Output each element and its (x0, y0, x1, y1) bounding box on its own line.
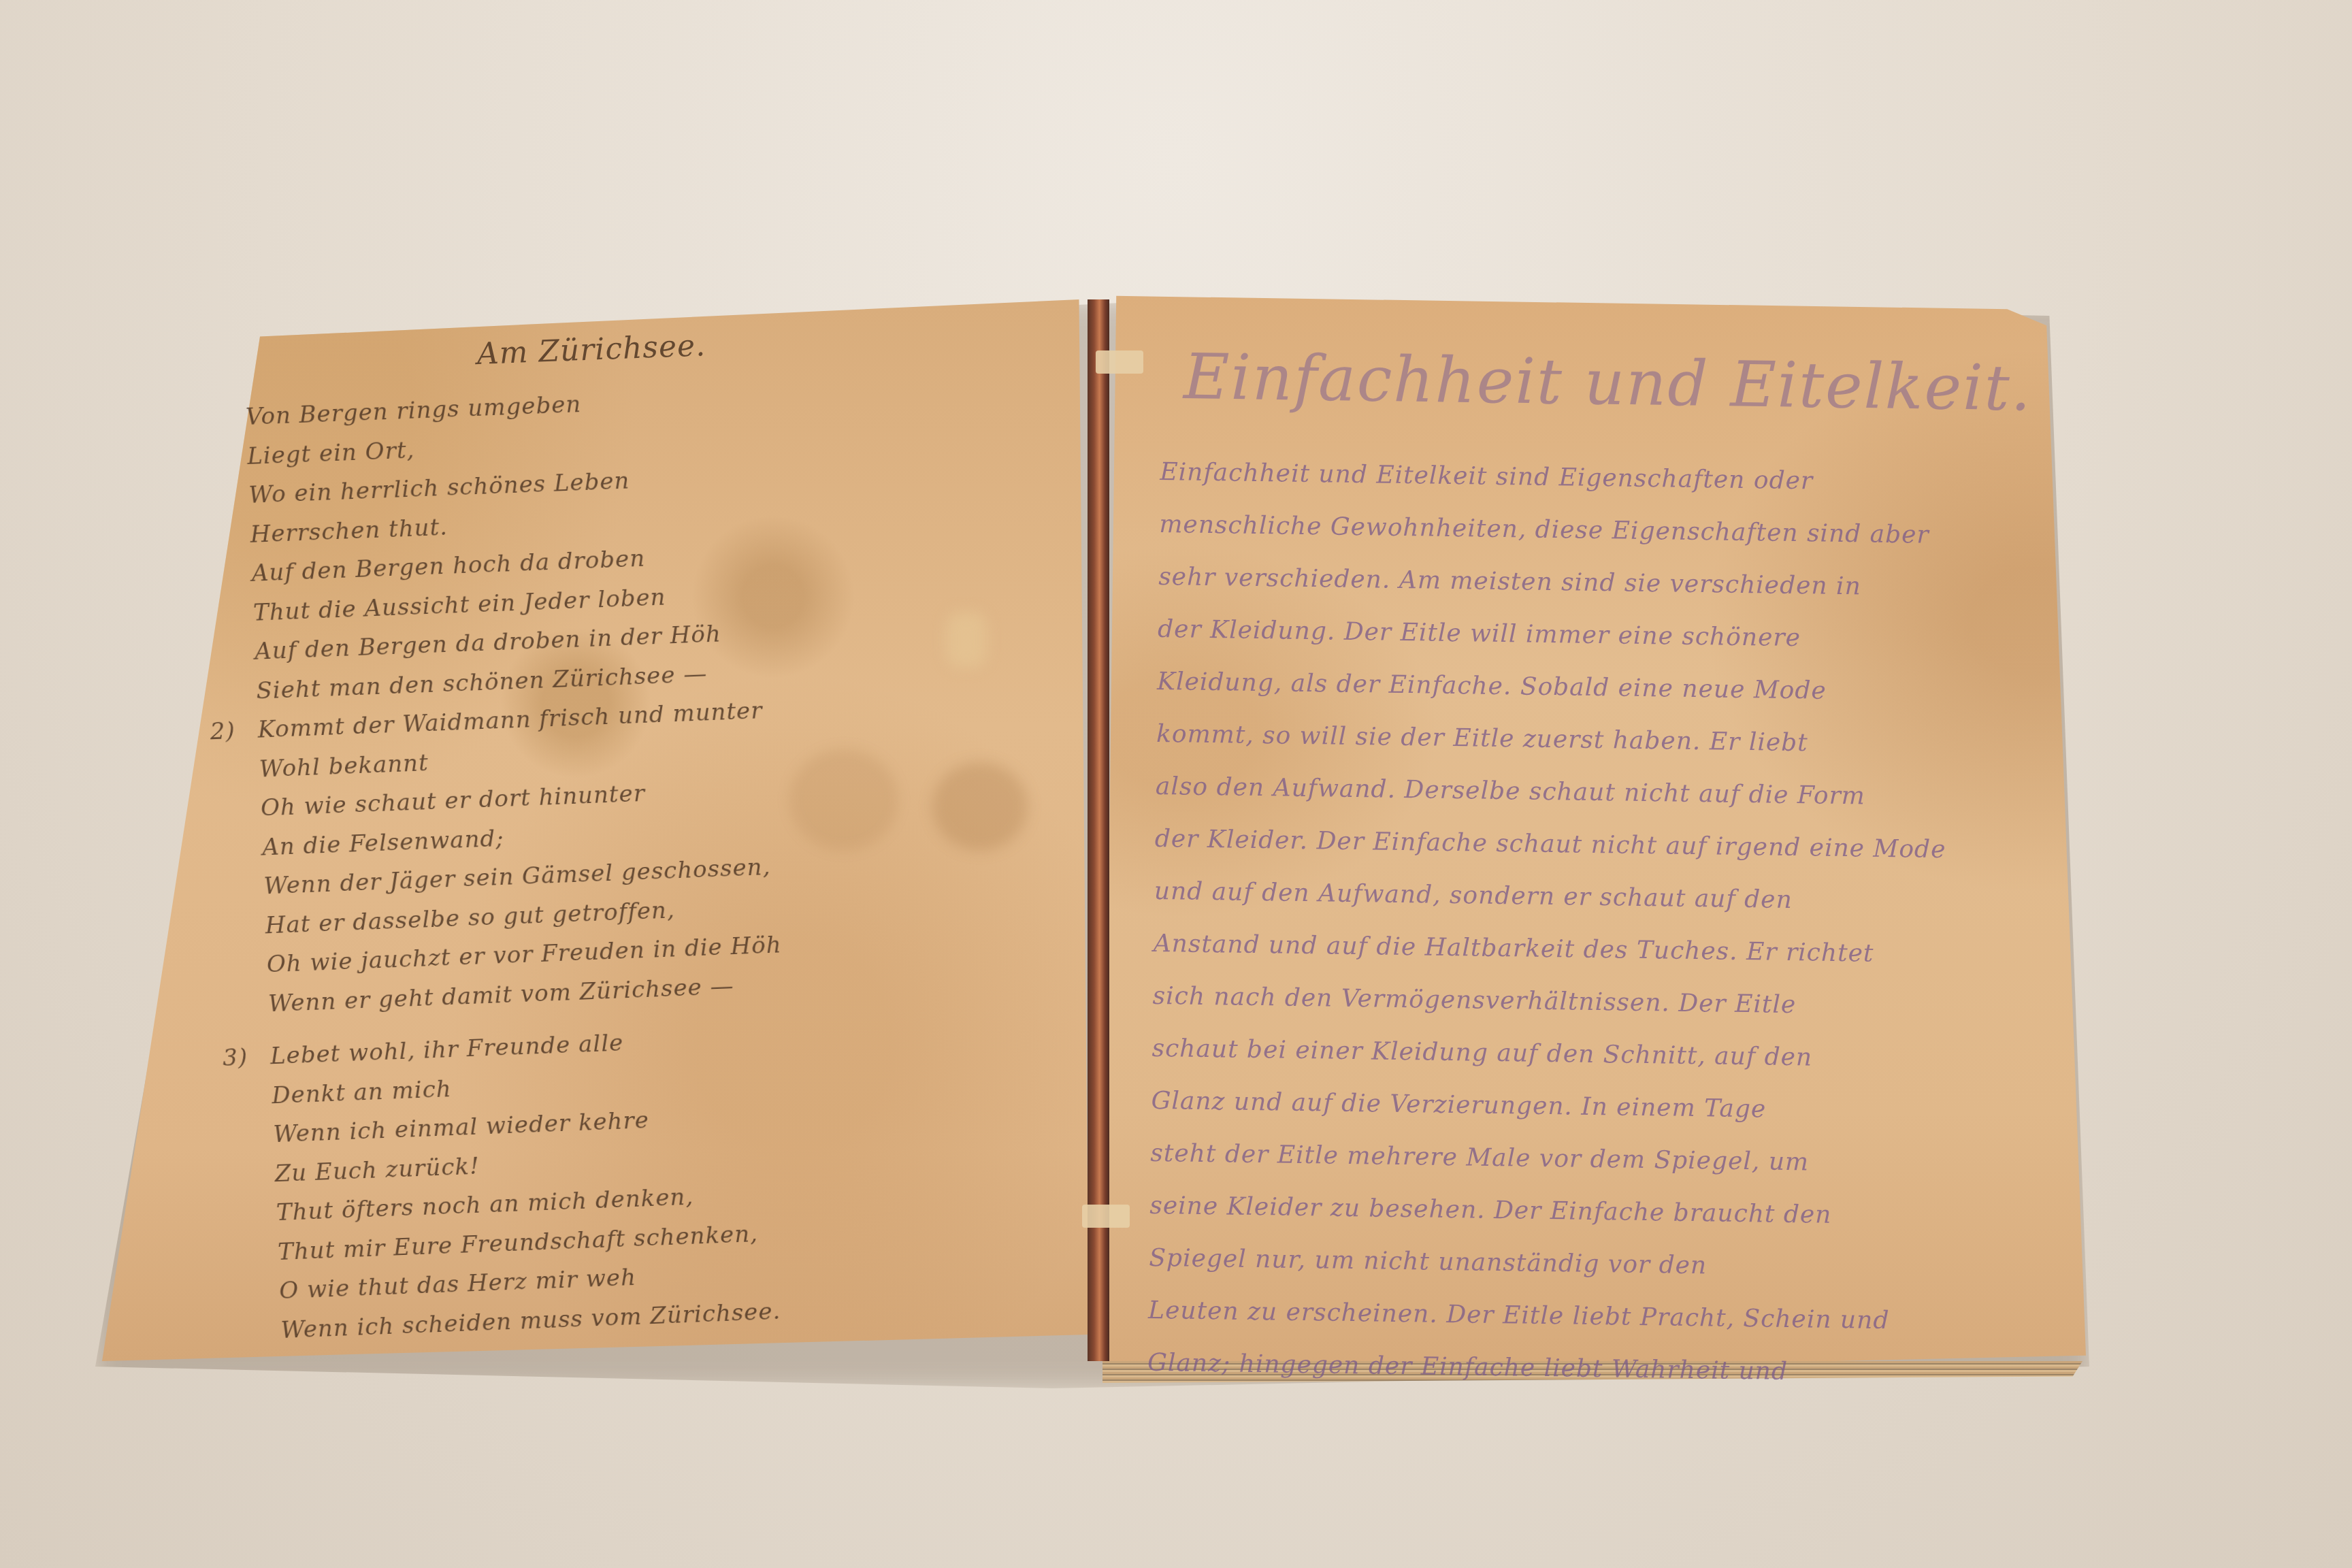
book-spine (1088, 299, 1109, 1361)
water-stain (932, 762, 1028, 851)
essay-title: Einfachheit und Eitelkeit. (1183, 340, 2033, 425)
paper-tear (946, 612, 987, 667)
essay-line: Glanz; hingegen der Einfache liebt Wahrh… (1147, 1337, 1940, 1400)
binding-tape (1096, 350, 1143, 374)
poem-body: Von Bergen rings umgeben Liegt ein Ort, … (245, 378, 796, 1350)
essay-body: Einfachheit und Eitelkeit sind Eigenscha… (1147, 446, 1952, 1400)
verse-number: 2) (210, 712, 236, 752)
verse-number: 3) (222, 1039, 248, 1079)
water-stain (789, 749, 898, 851)
binding-tape (1082, 1205, 1130, 1228)
